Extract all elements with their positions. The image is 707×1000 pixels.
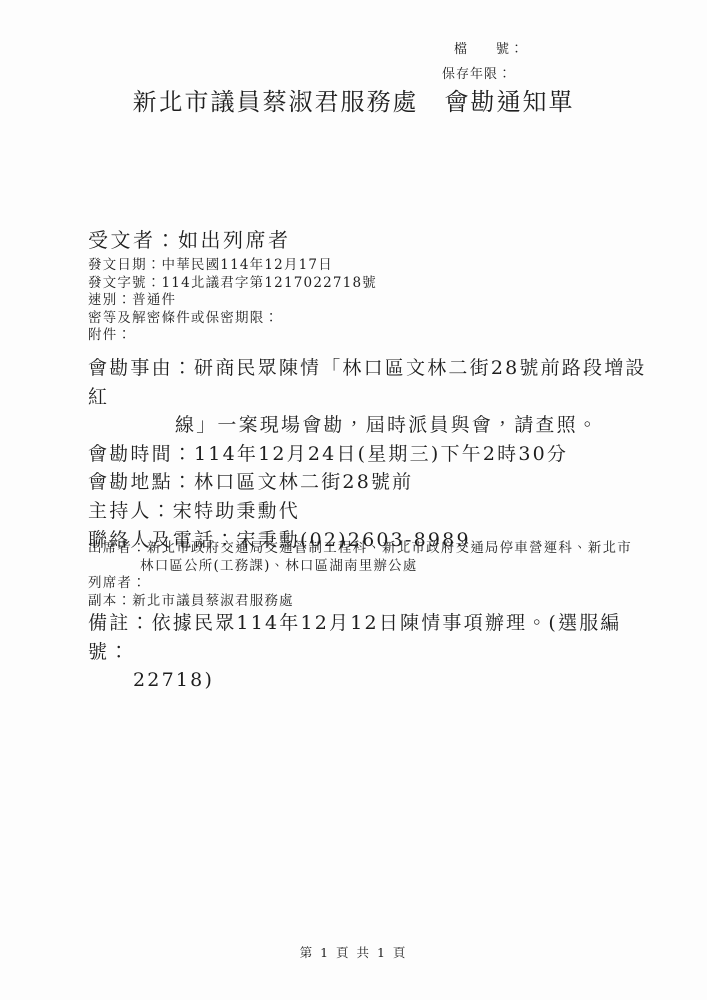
recipient-line: 受文者：如出列席者 bbox=[88, 224, 291, 253]
remark-line2: 22718) bbox=[133, 666, 648, 695]
attendee-line1: 出席者：新北市政府交通局交通管制工程科、新北市政府交通局停車營運科、新北市 bbox=[88, 540, 648, 558]
remark-line1: 備註：依據民眾114年12月12日陳情事項辦理。(選服編號： bbox=[88, 609, 648, 666]
attendee-label: 出席者： bbox=[88, 540, 147, 556]
document-title: 新北市議員蔡淑君服務處 會勘通知單 bbox=[0, 82, 707, 117]
attendees-block: 出席者：新北市政府交通局交通管制工程科、新北市政府交通局停車營運科、新北市 林口… bbox=[88, 540, 648, 610]
page-number-footer: 第 1 頁 共 1 頁 bbox=[0, 943, 707, 961]
survey-subject-line1: 會勘事由：研商民眾陳情「林口區文林二街28號前路段增設紅 bbox=[88, 354, 648, 411]
survey-subject-line2: 線」一案現場會勘，屆時派員與會，請查照。 bbox=[175, 411, 648, 440]
speed-line: 速別：普通件 bbox=[88, 292, 377, 310]
file-number-label: 檔 號： bbox=[454, 38, 524, 57]
survey-details-block: 會勘事由：研商民眾陳情「林口區文林二街28號前路段增設紅 線」一案現場會勘，屆時… bbox=[88, 354, 648, 554]
attendee-text1: 新北市政府交通局交通管制工程科、新北市政府交通局停車營運科、新北市 bbox=[147, 540, 632, 556]
remark-block: 備註：依據民眾114年12月12日陳情事項辦理。(選服編號： 22718) bbox=[88, 609, 648, 695]
cc-line: 副本：新北市議員蔡淑君服務處 bbox=[88, 593, 648, 611]
survey-location-line: 會勘地點：林口區文林二街28號前 bbox=[88, 468, 648, 497]
attachment-line: 附件： bbox=[88, 327, 377, 345]
issue-date-line: 發文日期：中華民國114年12月17日 bbox=[88, 257, 377, 275]
retention-period-label: 保存年限： bbox=[442, 63, 512, 82]
document-meta-block: 發文日期：中華民國114年12月17日 發文字號：114北議君字第1217022… bbox=[88, 257, 377, 345]
observer-line: 列席者： bbox=[88, 575, 648, 593]
document-page: 檔 號： 保存年限： 新北市議員蔡淑君服務處 會勘通知單 受文者：如出列席者 發… bbox=[0, 0, 707, 1000]
survey-time-line: 會勘時間：114年12月24日(星期三)下午2時30分 bbox=[88, 440, 648, 469]
survey-host-line: 主持人：宋特助秉勳代 bbox=[88, 497, 648, 526]
doc-number-line: 發文字號：114北議君字第1217022718號 bbox=[88, 275, 377, 293]
security-line: 密等及解密條件或保密期限： bbox=[88, 310, 377, 328]
survey-subject-label: 會勘事由： bbox=[88, 357, 194, 379]
attendee-line2: 林口區公所(工務課)、林口區湖南里辦公處 bbox=[140, 558, 648, 576]
